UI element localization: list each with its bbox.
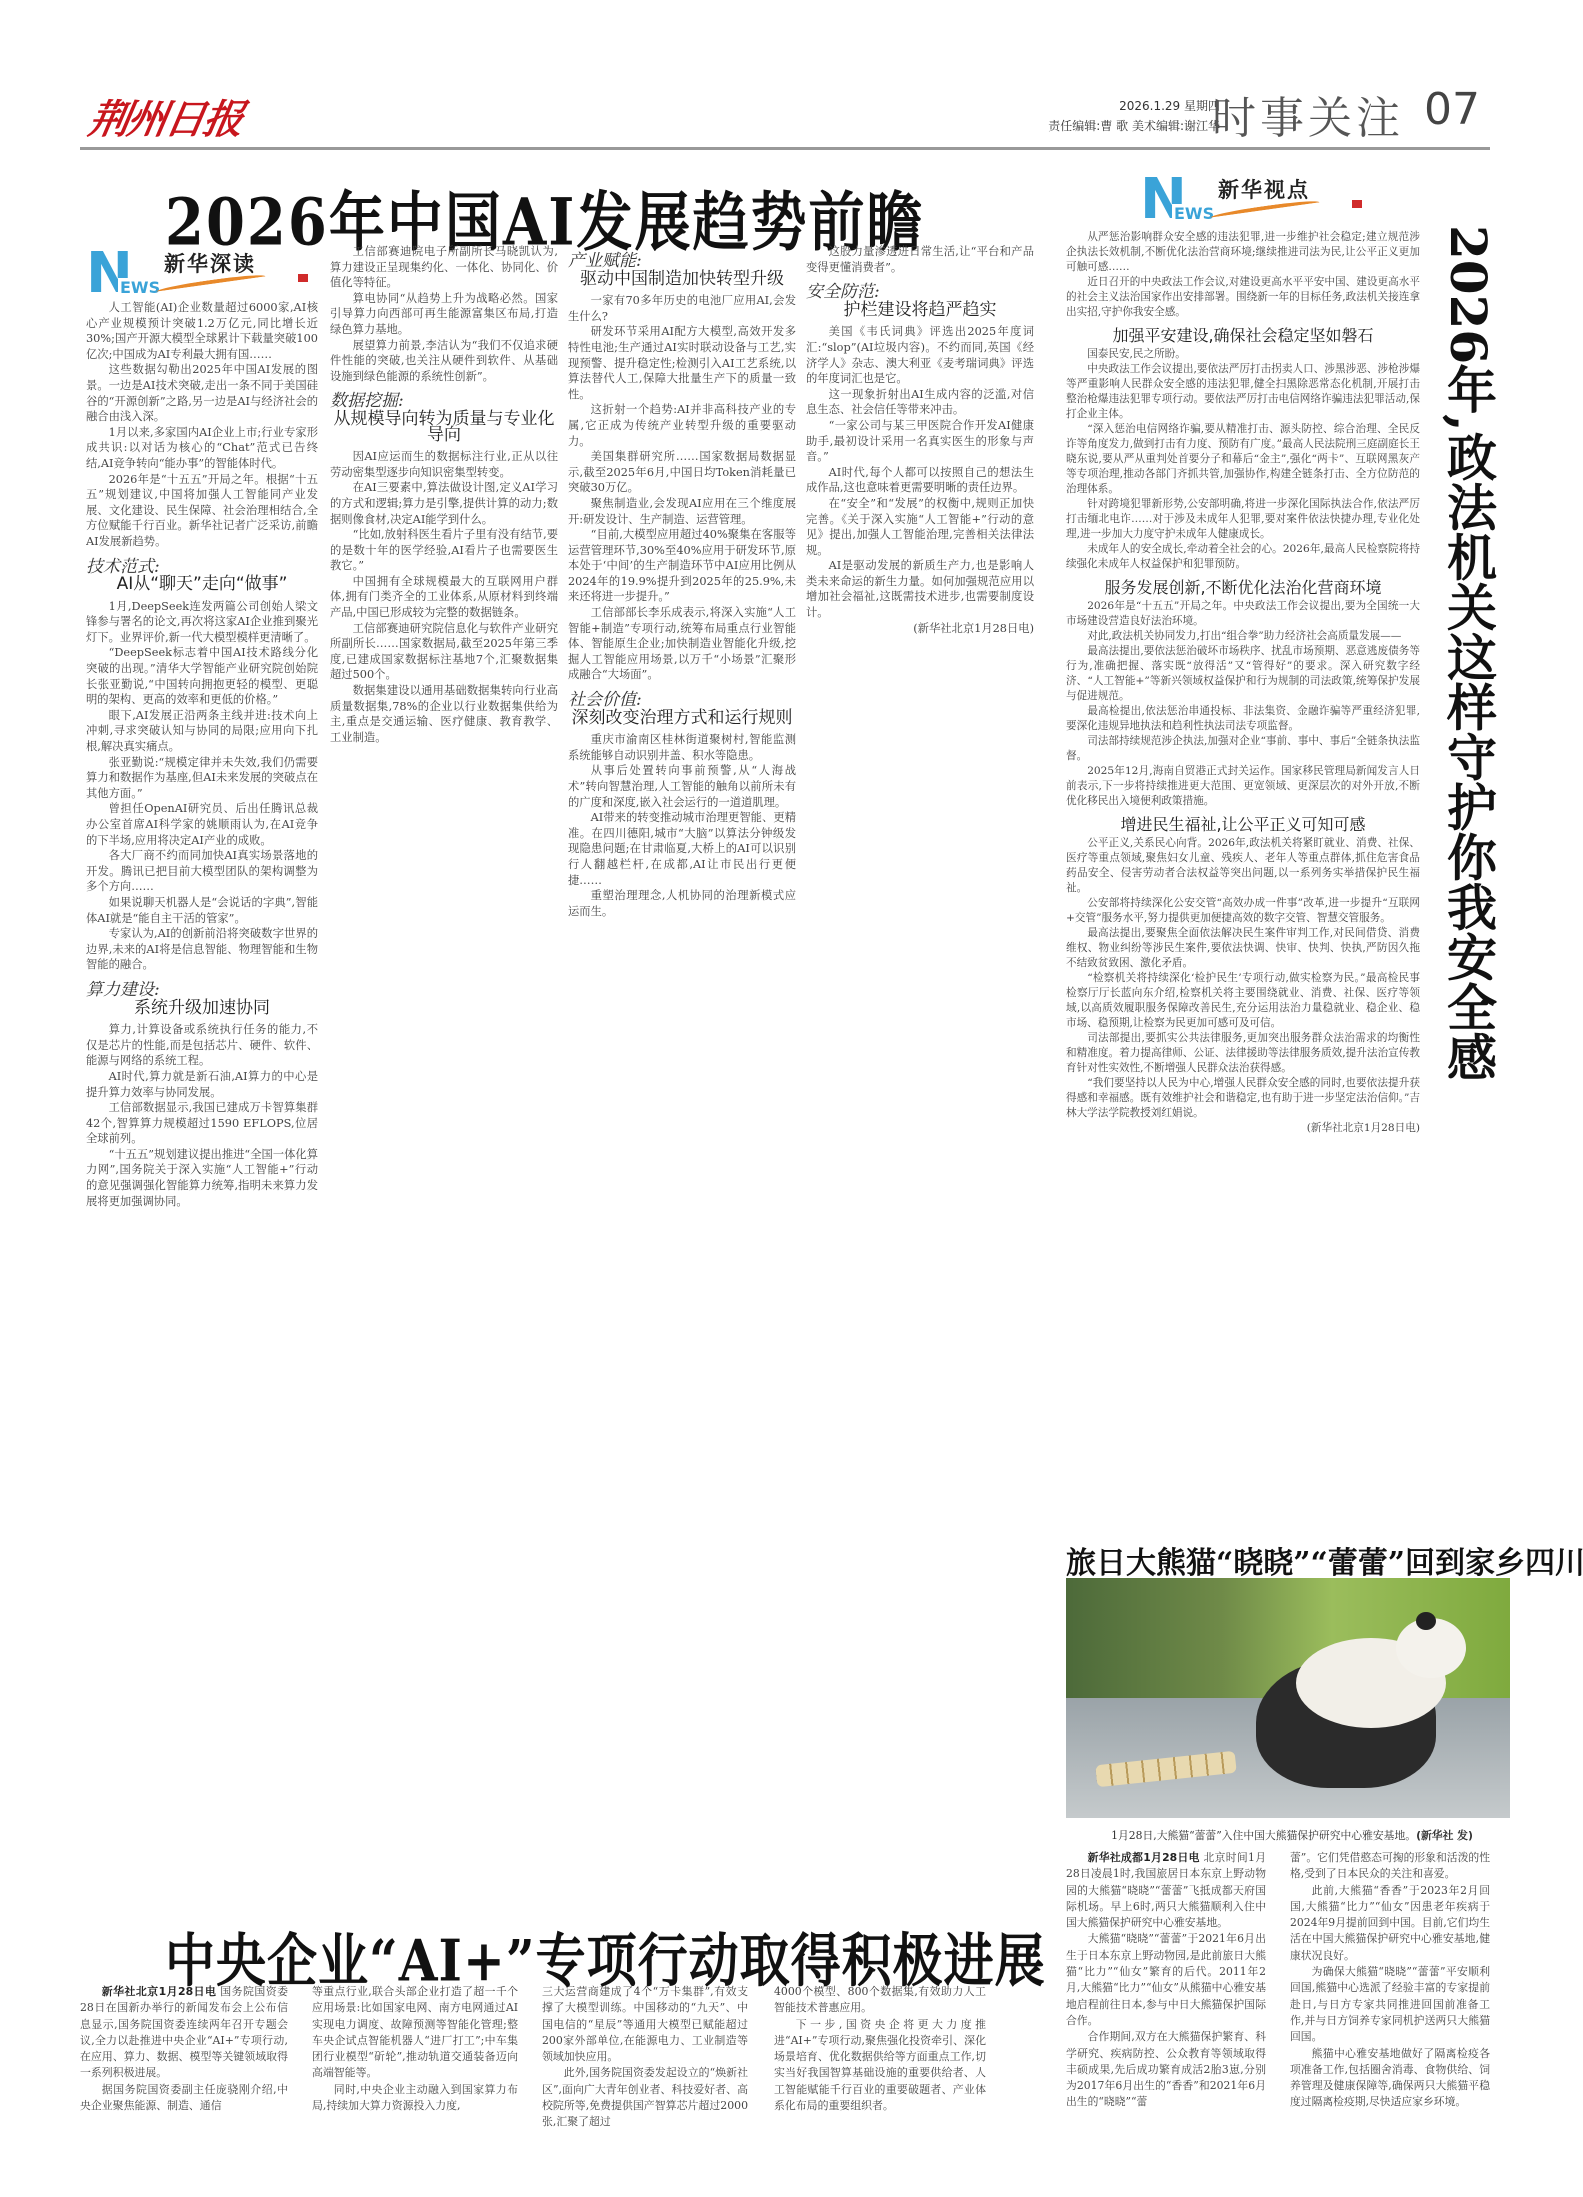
soe-article-column-2: 等重点行业,联合头部企业打造了超一千个应用场景:比如国家电网、南方电网通过AI实… <box>312 1984 518 2184</box>
body-paragraph: 工信部数据显示,我国已建成万卡智算集群42个,智算算力规模超过1590 EFLO… <box>86 1100 318 1147</box>
body-paragraph: 合作期间,双方在大熊猫保护繁育、科学研究、疾病防控、公众教育等领域取得丰硕成果,… <box>1066 2029 1266 2110</box>
body-paragraph: 中国拥有全球规模最大的互联网用户群体,拥有门类齐全的工业体系,从原材料到终端产品… <box>330 574 558 621</box>
body-paragraph: 同时,中央企业主动融入到国家算力布局,持续加大算力资源投入力度, <box>312 2082 518 2115</box>
body-paragraph: 因AI应运而生的数据标注行业,正从以往劳动密集型逐步向知识密集型转变。 <box>330 449 558 480</box>
section-title: 加强平安建设,确保社会稳定坚如磐石 <box>1066 328 1420 343</box>
issue-meta: 2026.1.29 星期四 责任编辑:曹 歌 美术编辑:谢江华 <box>1048 96 1220 136</box>
body-paragraph: 在“安全”和“发展”的权衡中,规则正加快完善。《关于深入实施“人工智能+”行动的… <box>806 496 1034 558</box>
body-paragraph: 眼下,AI发展正沿两条主线并进:技术向上冲刺,寻求突破认知与协同的局限;应用向下… <box>86 708 318 755</box>
body-paragraph: 下一步,国资央企将更大力度推进“AI+”专项行动,聚焦强化投资牵引、深化场景培育… <box>774 2017 986 2115</box>
ai-article-column-1: 人工智能(AI)企业数量超过6000家,AI核心产业规模预计突破1.2万亿元,同… <box>86 300 318 1860</box>
panda-article-column-2: 蕾”。它们凭借憨态可掬的形象和活泼的性格,受到了日本民众的关注和喜爱。 此前,大… <box>1290 1850 1490 2180</box>
body-paragraph: 曾担任OpenAI研究员、后出任腾讯总裁办公室首席AI科学家的姚顺雨认为,在AI… <box>86 801 318 848</box>
body-paragraph: 聚焦制造业,会发现AI应用在三个维度展开:研发设计、生产制造、运营管理。 <box>568 496 796 527</box>
body-paragraph: 此前,大熊猫“香香”于2023年2月回国,大熊猫“比力”“仙女”因患老年疾病于2… <box>1290 1883 1490 1964</box>
body-paragraph: “检察机关将持续深化‘检护民生’专项行动,做实检察为民。”最高检民事检察厅厅长蓝… <box>1066 971 1420 1031</box>
body-paragraph: “比如,放射科医生看片子里有没有结节,要的是数十年的医学经验,AI看片子也需要医… <box>330 527 558 574</box>
body-paragraph: 各大厂商不约而同加快AI真实场景落地的开发。腾讯已把目前大模型团队的架构调整为多… <box>86 848 318 895</box>
ai-article-column-4: 这股力量渗透进日常生活,让“平台和产品变得更懂消费者”。 安全防范: 护栏建设将… <box>806 244 1034 1860</box>
section-kicker: 技术范式: <box>86 560 318 576</box>
body-paragraph: 这折射一个趋势:AI并非高科技产业的专属,它正成为传统产业转型升级的重要驱动力。 <box>568 402 796 449</box>
body-paragraph: 在AI三要素中,算法做设计图,定义AI学习的方式和逻辑;算力是引擎,提供计算的动… <box>330 480 558 527</box>
body-paragraph: 等重点行业,联合头部企业打造了超一千个应用场景:比如国家电网、南方电网通过AI实… <box>312 1984 518 2082</box>
body-paragraph: 重庆市渝南区桂林街道聚树村,智能监测系统能够自动识别井盖、积水等隐患。 <box>568 732 796 763</box>
section-title: 驱动中国制造加快转型升级 <box>568 272 796 288</box>
badge-label: 新华深读 <box>164 248 256 278</box>
body-paragraph: 据国务院国资委副主任庞骁刚介绍,中央企业聚焦能源、制造、通信 <box>80 2082 288 2115</box>
editors-credit: 责任编辑:曹 歌 美术编辑:谢江华 <box>1048 116 1220 136</box>
section-kicker: 数据挖掘: <box>330 394 558 410</box>
body-paragraph: 张亚勤说:“规模定律并未失效,我们仍需要算力和数据作为基座,但AI未来发展的突破… <box>86 755 318 802</box>
section-title: 深刻改变治理方式和运行规则 <box>568 711 796 727</box>
intro-paragraph: 2026年是“十五五”开局之年。根据“十五五”规划建议,中国将加强人工智能同产业… <box>86 472 318 550</box>
intro-paragraph: 1月以来,多家国内AI企业上市;行业专家形成共识:以对话为核心的“Chat”范式… <box>86 425 318 472</box>
body-paragraph: 2026年是“十五五”开局之年。中央政法工作会议提出,要为全国统一大市场建设营造… <box>1066 599 1420 629</box>
body-paragraph: “DeepSeek标志着中国AI技术路线分化突破的出现。”清华大学智能产业研究院… <box>86 645 318 707</box>
section-kicker: 算力建设: <box>86 983 318 999</box>
section-title: 从规模导向转为质量与专业化导向 <box>330 412 558 443</box>
body-paragraph: 对此,政法机关协同发力,打出“组合拳”助力经济社会高质量发展—— <box>1066 629 1420 644</box>
intro-paragraph: 从严惩治影响群众安全感的违法犯罪,进一步维护社会稳定;建立规范涉企执法长效机制,… <box>1066 230 1420 275</box>
body-paragraph: “十五五”规划建议提出推进“全国一体化算力网”,国务院关于深入实施“人工智能+”… <box>86 1147 318 1209</box>
section-title: 增进民生福祉,让公平正义可知可感 <box>1066 817 1420 832</box>
body-paragraph: 1月,DeepSeek连发两篇公司创始人梁文锋参与署名的论文,再次将这家AI企业… <box>86 599 318 646</box>
body-paragraph: 工信部赛迪院电子所副所长马晓凯认为,算力建设正呈现集约化、一体化、协同化、价值化… <box>330 244 558 291</box>
section-title: 时事关注 <box>1212 82 1404 146</box>
xinhua-viewpoint-badge: N EWS 新华视点 <box>1140 170 1400 230</box>
body-paragraph: 这一现象折射出AI生成内容的泛滥,对信息生态、社会信任等带来冲击。 <box>806 387 1034 418</box>
body-paragraph: 数据集建设以通用基础数据集转向行业高质量数据集,78%的企业以行业数据集供给为主… <box>330 683 558 745</box>
xinhua-deep-read-badge: N EWS 新华深读 <box>86 244 346 304</box>
dateline: 新华社成都1月28日电 <box>1088 1851 1200 1864</box>
section-kicker: 安全防范: <box>806 285 1034 301</box>
news-logo-letters: EWS <box>118 278 162 297</box>
body-paragraph: 此外,国务院国资委发起设立的“焕新社区”,面向广大青年创业者、科技爱好者、高校院… <box>542 2065 748 2130</box>
photo-credit: (新华社 发) <box>1416 1829 1473 1842</box>
article-signoff: (新华社北京1月28日电) <box>806 621 1034 637</box>
dateline: 新华社北京1月28日电 <box>102 1985 217 1998</box>
body-paragraph: 美国《韦氏词典》评选出2025年度词汇:“slop”(AI垃圾内容)。不约而同,… <box>806 324 1034 386</box>
intro-paragraph: 近日召开的中央政法工作会议,对建设更高水平平安中国、建设更高水平的社会主义法治国… <box>1066 275 1420 320</box>
body-paragraph: 4000个模型、800个数据集,有效助力人工智能技术普惠应用。 <box>774 1984 986 2017</box>
body-paragraph: “深入惩治电信网络诈骗,要从精准打击、源头防控、综合治理、全民反诈等角度发力,做… <box>1066 422 1420 497</box>
body-paragraph: 熊猫中心雅安基地做好了隔离检疫各项准备工作,包括圈舍消毒、食物供给、饲养管理及健… <box>1290 2046 1490 2111</box>
body-paragraph: 工信部赛迪研究院信息化与软件产业研究所副所长……国家数据局,截至2025年第三季… <box>330 621 558 683</box>
body-paragraph: 重塑治理理念,人机协同的治理新模式应运而生。 <box>568 888 796 919</box>
body-paragraph: 最高法提出,要依法惩治破坏市场秩序、扰乱市场预期、恶意逃废债务等行为,准确把握、… <box>1066 644 1420 704</box>
soe-article-column-1: 新华社北京1月28日电 国务院国资委28日在国新办举行的新闻发布会上公布信息显示… <box>80 1984 288 2184</box>
body-paragraph: 一家有70多年历史的电池厂应用AI,会发生什么? <box>568 293 796 324</box>
body-paragraph: 工信部部长李乐成表示,将深入实施“人工智能+制造”专项行动,统筹布局重点行业智能… <box>568 605 796 683</box>
news-logo-letters: EWS <box>1172 204 1216 223</box>
body-paragraph: 司法部提出,要抓实公共法律服务,更加突出服务群众法治需求的均衡性和精准度。着力提… <box>1066 1031 1420 1076</box>
section-title: 护栏建设将趋严趋实 <box>806 303 1034 319</box>
body-paragraph: 未成年人的安全成长,牵动着全社会的心。2026年,最高人民检察院将持续强化未成年… <box>1066 542 1420 572</box>
intro-paragraph: 这些数据勾勒出2025年中国AI发展的图景。一边是AI技术突破,走出一条不同于美… <box>86 362 318 424</box>
soe-article-column-4: 4000个模型、800个数据集,有效助力人工智能技术普惠应用。 下一步,国资央企… <box>774 1984 986 2184</box>
section-kicker: 社会价值: <box>568 693 796 709</box>
section-title: 服务发展创新,不断优化法治化营商环境 <box>1066 580 1420 595</box>
issue-date: 2026.1.29 星期四 <box>1048 96 1220 116</box>
body-paragraph: 最高法提出,要聚焦全面依法解决民生案件审判工作,对民间借贷、消费维权、物业纠纷等… <box>1066 926 1420 971</box>
masthead-divider <box>80 147 1490 150</box>
law-article-body: 从严惩治影响群众安全感的违法犯罪,进一步维护社会稳定;建立规范涉企执法长效机制,… <box>1066 230 1420 1575</box>
masthead: 荆州日报 2026.1.29 星期四 责任编辑:曹 歌 美术编辑:谢江华 时事关… <box>80 80 1490 150</box>
body-paragraph: AI带来的转变推动城市治理更智能、更精准。在四川德阳,城市“大脑”以算法分钟级发… <box>568 810 796 888</box>
body-paragraph: 三大运营商建成了4个“万卡集群”,有效支撑了大模型训练。中国移动的“九天”、中国… <box>542 1984 748 2065</box>
panda-article-headline: 旅日大熊猫“晓晓”“蕾蕾”回到家乡四川 <box>1066 1538 1516 1582</box>
panda-article-column-1: 新华社成都1月28日电 北京时间1月28日凌晨1时,我国旅居日本东京上野动物园的… <box>1066 1850 1266 2180</box>
body-paragraph: “一家公司与某三甲医院合作开发AI健康助手,最初设计采用一名真实医生的形象与声音… <box>806 418 1034 465</box>
red-marker-icon <box>298 274 308 282</box>
red-marker-icon <box>1352 200 1362 208</box>
body-paragraph: 算电协同“从趋势上升为战略必然。国家引导算力向西部可再生能源富集区布局,打造绿色… <box>330 291 558 338</box>
body-paragraph: 国泰民安,民之所盼。 <box>1066 347 1420 362</box>
body-paragraph: 针对跨境犯罪新形势,公安部明确,将进一步深化国际执法合作,依法严厉打击缅北电诈…… <box>1066 497 1420 542</box>
ai-article-column-3: 产业赋能: 驱动中国制造加快转型升级 一家有70多年历史的电池厂应用AI,会发生… <box>568 244 796 1860</box>
body-paragraph: 为确保大熊猫“晓晓”“蕾蕾”平安顺利回国,熊猫中心选派了经验丰富的专家提前赴日,… <box>1290 1964 1490 2045</box>
section-title: 系统升级加速协同 <box>86 1001 318 1017</box>
body-paragraph: 蕾”。它们凭借憨态可掬的形象和活泼的性格,受到了日本民众的关注和喜爱。 <box>1290 1850 1490 1883</box>
soe-article-column-3: 三大运营商建成了4个“万卡集群”,有效支撑了大模型训练。中国移动的“九天”、中国… <box>542 1984 748 2184</box>
body-paragraph: 司法部持续规范涉企执法,加强对企业“事前、事中、事后”全链条执法监督。 <box>1066 734 1420 764</box>
section-title: AI从“聊天”走向“做事” <box>86 577 318 593</box>
body-paragraph: 从事后处置转向事前预警,从“人海战术”转向智慧治理,人工智能的触角以前所未有的广… <box>568 763 796 810</box>
newspaper-logo: 荆州日报 <box>85 88 247 145</box>
page-number: 07 <box>1424 84 1480 135</box>
badge-label: 新华视点 <box>1218 174 1310 204</box>
body-paragraph: 展望算力前景,李洁认为“我们不仅追求硬件性能的突破,也关注从硬件到软件、从基础设… <box>330 338 558 385</box>
photo-caption: 1月28日,大熊猫“蕾蕾”入住中国大熊猫保护研究中心雅安基地。(新华社 发) <box>1072 1828 1512 1843</box>
body-paragraph: 最高检提出,依法惩治串通投标、非法集资、金融诈骗等严重经济犯罪,要深化违规异地执… <box>1066 704 1420 734</box>
body-paragraph: AI是驱动发展的新质生产力,也是影响人类未来命运的新生力量。如何加强规范应用以增… <box>806 558 1034 620</box>
ai-article-column-2: 工信部赛迪院电子所副所长马晓凯认为,算力建设正呈现集约化、一体化、协同化、价值化… <box>330 244 558 1860</box>
body-paragraph: 2025年12月,海南自贸港正式封关运作。国家移民管理局新闻发言人日前表示,下一… <box>1066 764 1420 809</box>
section-kicker: 产业赋能: <box>568 254 796 270</box>
body-paragraph: 如果说聊天机器人是“会说话的字典”,智能体AI就是“能自主干活的管家”。 <box>86 895 318 926</box>
panda-photo <box>1066 1578 1510 1818</box>
body-paragraph: AI时代,算力就是新石油,AI算力的中心是提升算力效率与协同发展。 <box>86 1069 318 1100</box>
body-paragraph: 中央政法工作会议提出,要依法严厉打击拐卖人口、涉黑涉恶、涉枪涉爆等严重影响人民群… <box>1066 362 1420 422</box>
law-article-vertical-headline: 2026年,政法机关这样守护你我安全感 <box>1436 225 1496 1082</box>
body-paragraph: 公安部将持续深化公安交管“高效办成一件事”改革,进一步提升“互联网+交管”服务水… <box>1066 896 1420 926</box>
body-paragraph: 这股力量渗透进日常生活,让“平台和产品变得更懂消费者”。 <box>806 244 1034 275</box>
body-paragraph: “我们要坚持以人民为中心,增强人民群众安全感的同时,也要依法提升获得感和幸福感。… <box>1066 1076 1420 1121</box>
body-paragraph: AI时代,每个人都可以按照自己的想法生成作品,这也意味着更需要明晰的责任边界。 <box>806 465 1034 496</box>
body-paragraph: “目前,大模型应用超过40%聚集在客服等运营管理环节,30%至40%应用于研发环… <box>568 527 796 605</box>
body-paragraph: 专家认为,AI的创新前沿将突破数字世界的边界,未来的AI将是信息智能、物理智能和… <box>86 926 318 973</box>
body-paragraph: 研发环节采用AI配方大模型,高效开发多特性电池;生产通过AI实时联动设备与工艺,… <box>568 324 796 402</box>
body-paragraph: 公平正义,关系民心向背。2026年,政法机关将紧盯就业、消费、社保、医疗等重点领… <box>1066 836 1420 896</box>
body-paragraph: 大熊猫“晓晓”“蕾蕾”于2021年6月出生于日本东京上野动物园,是此前旅日大熊猫… <box>1066 1931 1266 2029</box>
intro-paragraph: 人工智能(AI)企业数量超过6000家,AI核心产业规模预计突破1.2万亿元,同… <box>86 300 318 362</box>
body-paragraph: 美国集群研究所……国家数据局数据显示,截至2025年6月,中国日均Token消耗… <box>568 449 796 496</box>
article-signoff: (新华社北京1月28日电) <box>1066 1121 1420 1136</box>
body-paragraph: 算力,计算设备或系统执行任务的能力,不仅是芯片的性能,而是包括芯片、硬件、软件、… <box>86 1022 318 1069</box>
